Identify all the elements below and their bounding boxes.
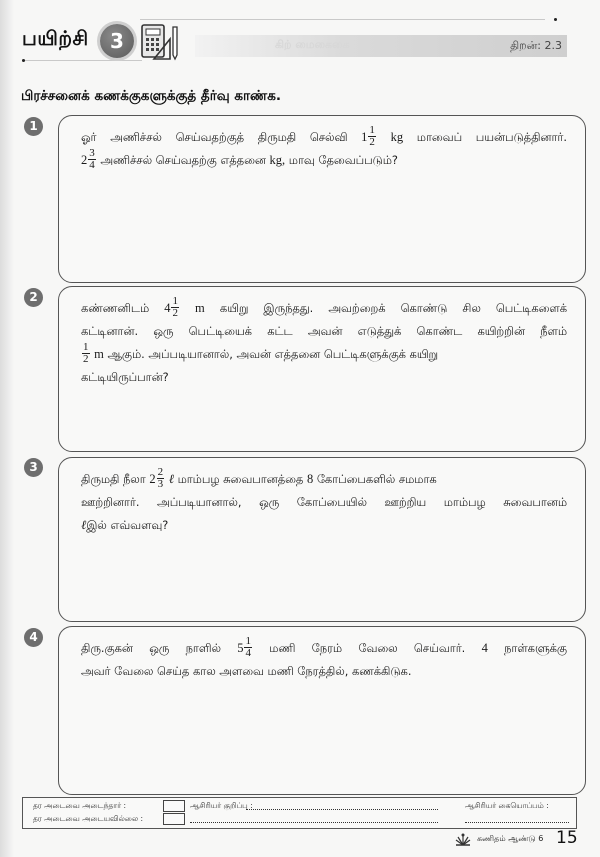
book-logo-icon — [455, 832, 471, 846]
page-number: 15 — [556, 828, 578, 848]
teacher-signature-field[interactable] — [465, 822, 569, 823]
question-number-badge: 3 — [24, 458, 43, 477]
q2-text-part: ஆகும். அப்படியானால், அவன் எத்தனை பெட்டிக… — [107, 347, 438, 361]
question-number-badge: 4 — [24, 628, 43, 647]
q4-fraction: 14 — [244, 636, 252, 659]
not-achieved-checkbox[interactable] — [163, 813, 185, 825]
q3-fraction: 23 — [157, 467, 165, 490]
q3-text-part: மாம்பழ சுவைபானத்தை — [178, 472, 304, 486]
q2-text-part: கயிறு இருந்தது. அவற்றைக் கொண்டு சில பெட்… — [220, 301, 567, 315]
unit: m — [94, 347, 104, 361]
count: 4 — [482, 641, 488, 655]
achieved-label: தர அடைவை அடைந்தார் : — [33, 801, 126, 811]
denominator: 4 — [244, 648, 252, 659]
teacher-note-field-2[interactable] — [190, 822, 438, 823]
denominator: 2 — [82, 354, 90, 365]
q1-text-part: மாவு தேவைப்படும்? — [289, 153, 398, 167]
header-rule-top — [140, 19, 545, 20]
unit: kg — [391, 130, 404, 144]
q3-text-part: திருமதி நீலா — [81, 472, 146, 486]
denominator: 3 — [157, 479, 165, 490]
teacher-note-label: ஆசிரியர் குறிப்பு : — [190, 801, 253, 811]
teacher-signature-label: ஆசிரியர் கையொப்பம் : — [465, 801, 549, 811]
q1-whole: 1 — [361, 130, 367, 144]
skill-label: திறன்: 2.3 — [510, 39, 562, 54]
exercise-number-badge: 3 — [100, 24, 134, 58]
exercise-title: பயிற்சி — [22, 26, 89, 53]
achieved-checkbox[interactable] — [163, 800, 185, 812]
question-3-text: திருமதி நீலா 223 ℓ மாம்பழ சுவைபானத்தை 8 … — [81, 468, 567, 537]
q2-line-4: கட்டியிருப்பான்? — [81, 366, 567, 389]
q4-whole: 5 — [237, 641, 243, 655]
q1-fraction-2: 34 — [88, 148, 96, 171]
unit: kg, — [270, 153, 286, 167]
question-2-box[interactable]: கண்ணனிடம் 412 m கயிறு இருந்தது. அவற்றைக்… — [58, 286, 586, 452]
q3-whole: 2 — [149, 472, 155, 486]
header-rule-bottom — [22, 60, 142, 61]
calculator-ruler-icon — [140, 23, 180, 61]
count: 8 — [307, 472, 313, 486]
q2-fraction: 12 — [171, 296, 179, 319]
header-faint-banner-text: கிற் மைகைகை — [275, 38, 349, 53]
assessment-table: தர அடைவை அடைந்தார் : தர அடைவை அடையவில்லை… — [22, 797, 577, 829]
question-number-badge: 2 — [24, 288, 43, 307]
q3-line-2: ஊற்றினார். அப்படியானால், ஒரு கோப்பையில் … — [81, 491, 567, 514]
q4-line-2: அவர் வேலை செய்த கால அளவை மணி நேரத்தில், … — [81, 660, 567, 683]
not-achieved-label: தர அடைவை அடையவில்லை : — [33, 814, 143, 824]
q3-text-part: கோப்பைகளில் சமமாக — [317, 472, 437, 486]
instruction-heading: பிரச்சனைக் கணக்குகளுக்குத் தீர்வு காண்க. — [21, 88, 281, 106]
q1-text-part: அணிச்சல் செய்வதற்கு எத்தனை — [100, 153, 266, 167]
q4-text-part: நாள்களுக்கு — [504, 641, 567, 655]
unit: ℓ — [169, 472, 174, 486]
q4-text-part: மணி நேரம் வேலை செய்வார். — [269, 641, 465, 655]
q2-line-2: கட்டினான். ஒரு பெட்டியைக் கட்ட அவன் எடுத… — [81, 320, 567, 343]
denominator: 4 — [88, 160, 96, 171]
unit: m — [195, 301, 205, 315]
question-1-text: ஓர் அணிச்சல் செய்வதற்குத் திருமதி செல்வி… — [81, 126, 567, 172]
q1-text-part: மாவைப் பயன்படுத்தினார். — [417, 130, 567, 144]
question-4-text: திரு.குகன் ஒரு நாளில் 514 மணி நேரம் வேலை… — [81, 637, 567, 683]
denominator: 2 — [368, 137, 376, 148]
q2-fraction-2: 12 — [82, 342, 90, 365]
question-1-box[interactable]: ஓர் அணிச்சல் செய்வதற்குத் திருமதி செல்வி… — [58, 115, 586, 283]
q1-text-part: ஓர் அணிச்சல் செய்வதற்குத் திருமதி செல்வி — [81, 130, 347, 144]
q4-text-part: திரு.குகன் ஒரு நாளில் — [81, 641, 221, 655]
book-title: கணிதம் ஆண்டு 6 — [477, 834, 543, 844]
question-3-box[interactable]: திருமதி நீலா 223 ℓ மாம்பழ சுவைபானத்தை 8 … — [58, 457, 586, 622]
q3-text-part: இல் எவ்வளவு? — [86, 518, 168, 532]
q2-whole: 4 — [164, 301, 170, 315]
question-number-badge: 1 — [24, 117, 43, 136]
q2-text-part: கண்ணனிடம் — [81, 301, 149, 315]
teacher-note-field[interactable] — [246, 809, 438, 810]
q1-whole-2: 2 — [81, 153, 87, 167]
question-4-box[interactable]: திரு.குகன் ஒரு நாளில் 514 மணி நேரம் வேலை… — [58, 626, 586, 795]
denominator: 2 — [171, 308, 179, 319]
question-2-text: கண்ணனிடம் 412 m கயிறு இருந்தது. அவற்றைக்… — [81, 297, 567, 389]
q1-fraction: 12 — [368, 125, 376, 148]
page-edge-shadow — [0, 0, 14, 857]
